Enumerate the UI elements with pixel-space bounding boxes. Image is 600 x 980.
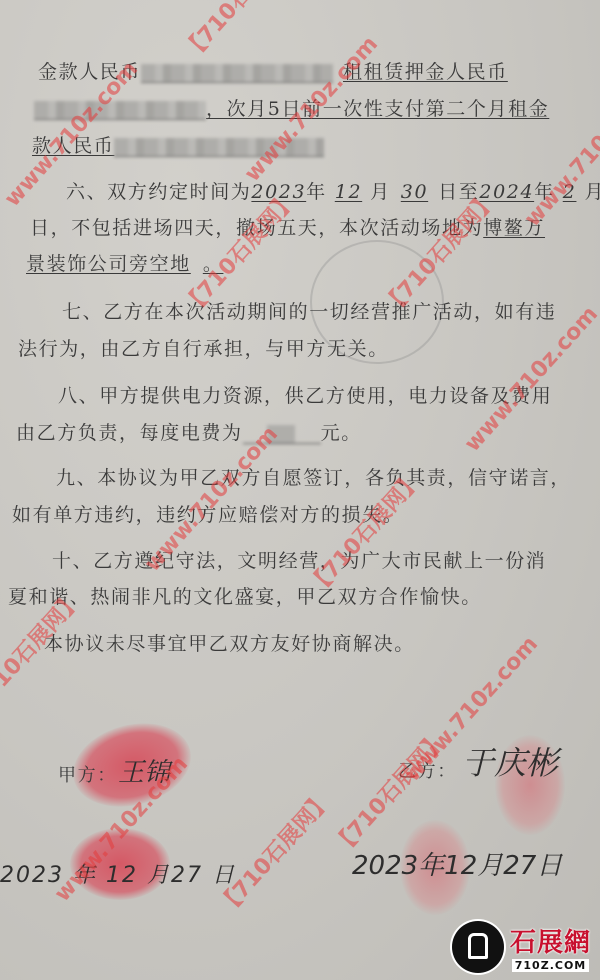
text: 由乙方负责，每度电费为 <box>16 422 243 444</box>
text: 租租赁押金人民币 <box>343 61 508 83</box>
handwritten-end-year: 2024 <box>479 181 534 203</box>
clause-10-line-2: 夏和谐、热闹非凡的文化盛宴，甲乙双方合作愉快。 <box>8 585 482 609</box>
clause-8-line-2: 由乙方负责，每度电费为元。 <box>16 421 362 445</box>
redacted-amount <box>114 138 324 157</box>
clause-9-line-1: 九、本协议为甲乙双方自愿签订，各负其责，信守诺言， <box>56 466 571 490</box>
clause-6-line-3: 景装饰公司旁空地。 <box>26 252 235 276</box>
text: 金款人民币 <box>38 61 141 83</box>
clause-5-line-2: ，次月5日前一次性支付第二个月租金 <box>34 97 549 121</box>
text: 。 <box>191 253 236 275</box>
clause-7-line-2: 法行为，由乙方自行承担，与甲方无关。 <box>18 337 389 361</box>
clause-10-line-1: 十、乙方遵纪守法，文明经营，为广大市民献上一份消 <box>52 549 546 573</box>
contract-page: 金款人民币租租赁押金人民币 ，次月5日前一次性支付第二个月租金 款人民币 六、双… <box>0 0 600 980</box>
party-b-label: 乙方： <box>398 760 457 784</box>
clause-9-line-2: 如有单方违约，违约方应赔偿对方的损失。 <box>12 503 403 527</box>
text: 六、双方约定时间为 <box>66 181 251 203</box>
party-b-date: 2023年12月27日 <box>352 845 562 882</box>
redacted-amount <box>34 101 206 120</box>
watermark-brand: 【710石展网】 <box>210 784 337 921</box>
text: 夏和谐、热闹非凡的文化盛宴，甲乙双方合作愉快。 <box>8 586 482 608</box>
text: 十、乙方遵纪守法，文明经营，为广大市民献上一份消 <box>52 550 546 572</box>
text: 七、乙方在本次活动期间的一切经营推广活动，如有违 <box>62 301 556 323</box>
logo-name: 石展網 <box>510 922 591 959</box>
handwritten-start-year: 2023 <box>251 181 306 203</box>
text: 元。 <box>321 422 362 444</box>
clause-6-line-1: 六、双方约定时间为2023年12月30日至2024年2月 <box>66 180 600 204</box>
text: 法行为，由乙方自行承担，与甲方无关。 <box>18 338 389 360</box>
text: 九、本协议为甲乙双方自愿签订，各负其责，信守诺言， <box>56 467 571 489</box>
clause-5-line-3: 款人民币 <box>32 134 324 158</box>
clause-5-line-1: 金款人民币租租赁押金人民币 <box>38 60 508 84</box>
redacted-rate <box>243 425 321 444</box>
party-a-label: 甲方： <box>58 764 117 788</box>
text: 八、甲方提供电力资源，供乙方使用，电力设备及费用 <box>58 385 552 407</box>
party-a-date: 2023 年 12 月27 日 <box>0 858 236 889</box>
clause-8-line-1: 八、甲方提供电力资源，供乙方使用，电力设备及费用 <box>58 384 552 408</box>
text: 月 <box>370 181 391 203</box>
text: 年 <box>534 181 555 203</box>
text: 年 <box>306 181 327 203</box>
venue-text: 博鳌万 <box>483 217 545 239</box>
site-logo: 石展網 710Z.COM <box>452 918 597 976</box>
logo-domain: 710Z.COM <box>512 959 590 972</box>
clause-7-line-1: 七、乙方在本次活动期间的一切经营推广活动，如有违 <box>62 300 556 324</box>
handwritten-start-day: 30 <box>391 181 438 203</box>
handwritten-end-month: 2 <box>555 181 585 203</box>
text: 日至 <box>438 181 479 203</box>
watermark-brand: 【710石展网】 <box>175 0 302 66</box>
party-a-signature: 王锦 <box>118 752 170 789</box>
text: 日，不包括进场四天，撤场五天，本次活动场地为 <box>30 217 483 239</box>
text: 本协议未尽事宜甲乙双方友好协商解决。 <box>44 633 415 655</box>
watermark-site: www.710z.com <box>460 302 600 457</box>
text: 款人民币 <box>32 135 114 157</box>
logo-text: 石展網 710Z.COM <box>510 922 591 972</box>
clause-6-line-2: 日，不包括进场四天，撤场五天，本次活动场地为博鳌万 <box>30 216 545 240</box>
text: 如有单方违约，违约方应赔偿对方的损失。 <box>12 504 403 526</box>
closing-statement: 本协议未尽事宜甲乙双方友好协商解决。 <box>44 632 415 656</box>
text: 月 <box>584 181 600 203</box>
logo-emblem-icon <box>452 921 504 973</box>
redacted-amount <box>141 64 333 83</box>
text: ，次月5日前一次性支付第二个月租金 <box>206 98 549 120</box>
handwritten-start-month: 12 <box>327 181 370 203</box>
venue-text: 景装饰公司旁空地 <box>26 253 191 275</box>
party-b-signature: 于庆彬 <box>462 738 558 784</box>
